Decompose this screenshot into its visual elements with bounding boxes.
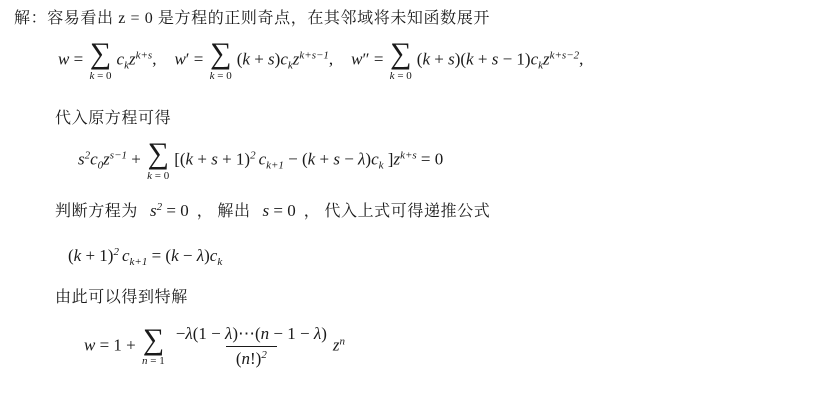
math-text-run: + — [250, 50, 268, 69]
math-text-run: k+s — [136, 50, 153, 62]
particular-solution-statement-line: 由此可以得到特解 — [55, 288, 188, 309]
math-text-run: + — [193, 150, 211, 169]
spacer — [156, 64, 174, 65]
math-text-run: w — [84, 336, 95, 355]
sigma-glyph: ∑ — [90, 40, 111, 69]
math-text-run: z — [543, 50, 550, 69]
fraction-denominator: (n!)2 — [226, 346, 277, 369]
math-text-run: s — [78, 150, 85, 169]
math-text-run: k — [466, 50, 474, 69]
particular-solution-formula: w = 1 + ∑n = 1−λ(1 − λ)⋯(n − 1 − λ)(n!)2… — [84, 325, 345, 368]
math-text-run: + 1) — [81, 246, 113, 265]
spacer — [333, 64, 351, 65]
summation: ∑k = 0 — [390, 40, 412, 82]
math-text-run: (1 − — [193, 324, 225, 343]
sigma-glyph: ∑ — [143, 326, 164, 355]
math-text-run: [( — [174, 150, 185, 169]
summation: ∑k = 0 — [89, 40, 111, 82]
math-text-run: = 0 — [215, 70, 232, 82]
math-text-run: = 1 — [148, 355, 165, 367]
math-text-run: = 0 — [152, 170, 169, 182]
math-text-run: , — [329, 50, 333, 69]
solution-intro-line: 解：容易看出 z = 0 是方程的正则奇点，在其邻域将未知函数展开 — [14, 9, 490, 30]
spacer — [296, 215, 304, 216]
math-text-run: s — [150, 201, 157, 220]
math-text-run: = 1 + — [95, 336, 140, 355]
math-text-run: s−1 — [110, 150, 127, 162]
math-text-run: z — [333, 336, 340, 355]
math-text-run: ] — [384, 150, 394, 169]
math-text-run: 2 — [113, 246, 119, 258]
sigma-glyph: ∑ — [390, 40, 411, 69]
math-text-run: 判断方程为 — [55, 203, 138, 220]
math-text-run: z — [129, 50, 136, 69]
math-text-run: , — [152, 50, 156, 69]
summation-lower-limit: k = 0 — [210, 71, 232, 82]
math-text-run: k — [171, 246, 179, 265]
math-text-run: , — [579, 50, 583, 69]
math-text-run: s — [333, 150, 340, 169]
substituted-equation: s2c0zs−1 + ∑k = 0[(k + s + 1)2ck+1 − (k … — [78, 140, 443, 182]
math-text-run: + — [430, 50, 448, 69]
math-text-run: s — [268, 50, 275, 69]
math-text-run: ) — [321, 324, 327, 343]
math-text-run: = ( — [147, 246, 171, 265]
math-text-run: 解出 — [217, 203, 250, 220]
math-text-run: + 1) — [218, 150, 250, 169]
math-text-run: k — [242, 50, 250, 69]
math-text-run: k+s — [400, 150, 417, 162]
spacer — [189, 215, 197, 216]
math-text-run: = — [69, 50, 87, 69]
math-text-run: c — [371, 150, 379, 169]
math-text-run: − — [179, 246, 197, 265]
math-text-run: )⋯( — [232, 324, 260, 343]
math-text-run: + — [474, 50, 492, 69]
math-text-run: k — [217, 256, 222, 268]
summation-lower-limit: k = 0 — [89, 71, 111, 82]
document-page: 解：容易看出 z = 0 是方程的正则奇点，在其邻域将未知函数展开 w = ∑k… — [0, 0, 840, 407]
math-text-run: − 1 − — [269, 324, 314, 343]
math-text-run: λ — [197, 246, 204, 265]
math-text-run: = 0 — [162, 201, 189, 220]
math-text-run: ， — [197, 203, 214, 220]
summation-lower-limit: k = 0 — [147, 171, 169, 182]
sigma-glyph: ∑ — [147, 140, 168, 169]
math-text-run: c — [259, 150, 267, 169]
math-text-run: n — [261, 324, 270, 343]
series-expansion-formulas: w = ∑k = 0ckzk+s,w′ = ∑k = 0(k + s)ckzk+… — [58, 40, 583, 82]
math-text-run: 2 — [250, 150, 256, 162]
math-text-run: ， — [304, 203, 321, 220]
math-text-run: c — [122, 246, 130, 265]
math-text-run: ′ = — [186, 50, 208, 69]
math-text-run: k+s−1 — [299, 50, 329, 62]
spacer — [138, 215, 150, 216]
math-text-run: 代入上式可得递推公式 — [324, 203, 490, 220]
math-text-run: n — [340, 336, 346, 348]
recurrence-formula: (k + 1)2ck+1 = (k − λ)ck — [68, 245, 222, 269]
math-text-run: + — [127, 150, 145, 169]
math-text-run: k+s−2 — [550, 50, 580, 62]
math-text-run: = 0 — [417, 150, 444, 169]
sigma-glyph: ∑ — [210, 40, 231, 69]
summation-lower-limit: n = 1 — [142, 356, 165, 367]
math-text-run: k — [186, 150, 194, 169]
math-text-run: w — [351, 50, 362, 69]
math-text-run: c — [90, 150, 98, 169]
math-text-run: λ — [185, 324, 192, 343]
math-text-run: − ( — [284, 150, 308, 169]
summation: ∑k = 0 — [147, 140, 169, 182]
math-text-run: )( — [455, 50, 466, 69]
math-text-run: w — [174, 50, 185, 69]
math-text-run: + — [315, 150, 333, 169]
math-text-run: k — [422, 50, 430, 69]
math-text-run: c — [117, 50, 125, 69]
math-text-run: = 0 — [94, 70, 111, 82]
math-text-run: c — [280, 50, 288, 69]
summation: ∑n = 1 — [142, 326, 165, 368]
indicial-equation-line: 判断方程为s2 = 0，解出s = 0，代入上式可得递推公式 — [55, 200, 490, 223]
math-text-run: 2 — [261, 349, 267, 361]
math-text-run: n — [242, 349, 251, 368]
math-text-run: z — [103, 150, 110, 169]
spacer — [251, 215, 263, 216]
math-text-run: c — [531, 50, 539, 69]
math-text-run: − — [176, 324, 186, 343]
substitute-statement-line: 代入原方程可得 — [55, 109, 171, 130]
math-text-run: w — [58, 50, 69, 69]
math-text-run: = 0 — [395, 70, 412, 82]
math-text-run: s — [448, 50, 455, 69]
fraction-numerator: −λ(1 − λ)⋯(n − 1 − λ) — [172, 325, 331, 346]
summation: ∑k = 0 — [210, 40, 232, 82]
summation-lower-limit: k = 0 — [390, 71, 412, 82]
math-text-run: ″ = — [363, 50, 388, 69]
math-text-run: k+1 — [130, 256, 148, 268]
math-text-run: s — [211, 150, 218, 169]
math-text-run: !) — [250, 349, 261, 368]
math-text-run: = 0 — [269, 201, 296, 220]
math-text-run: − 1) — [498, 50, 530, 69]
math-text-run: k+1 — [266, 160, 284, 172]
math-text-run: − — [340, 150, 358, 169]
fraction: −λ(1 − λ)⋯(n − 1 − λ)(n!)2 — [172, 325, 331, 368]
